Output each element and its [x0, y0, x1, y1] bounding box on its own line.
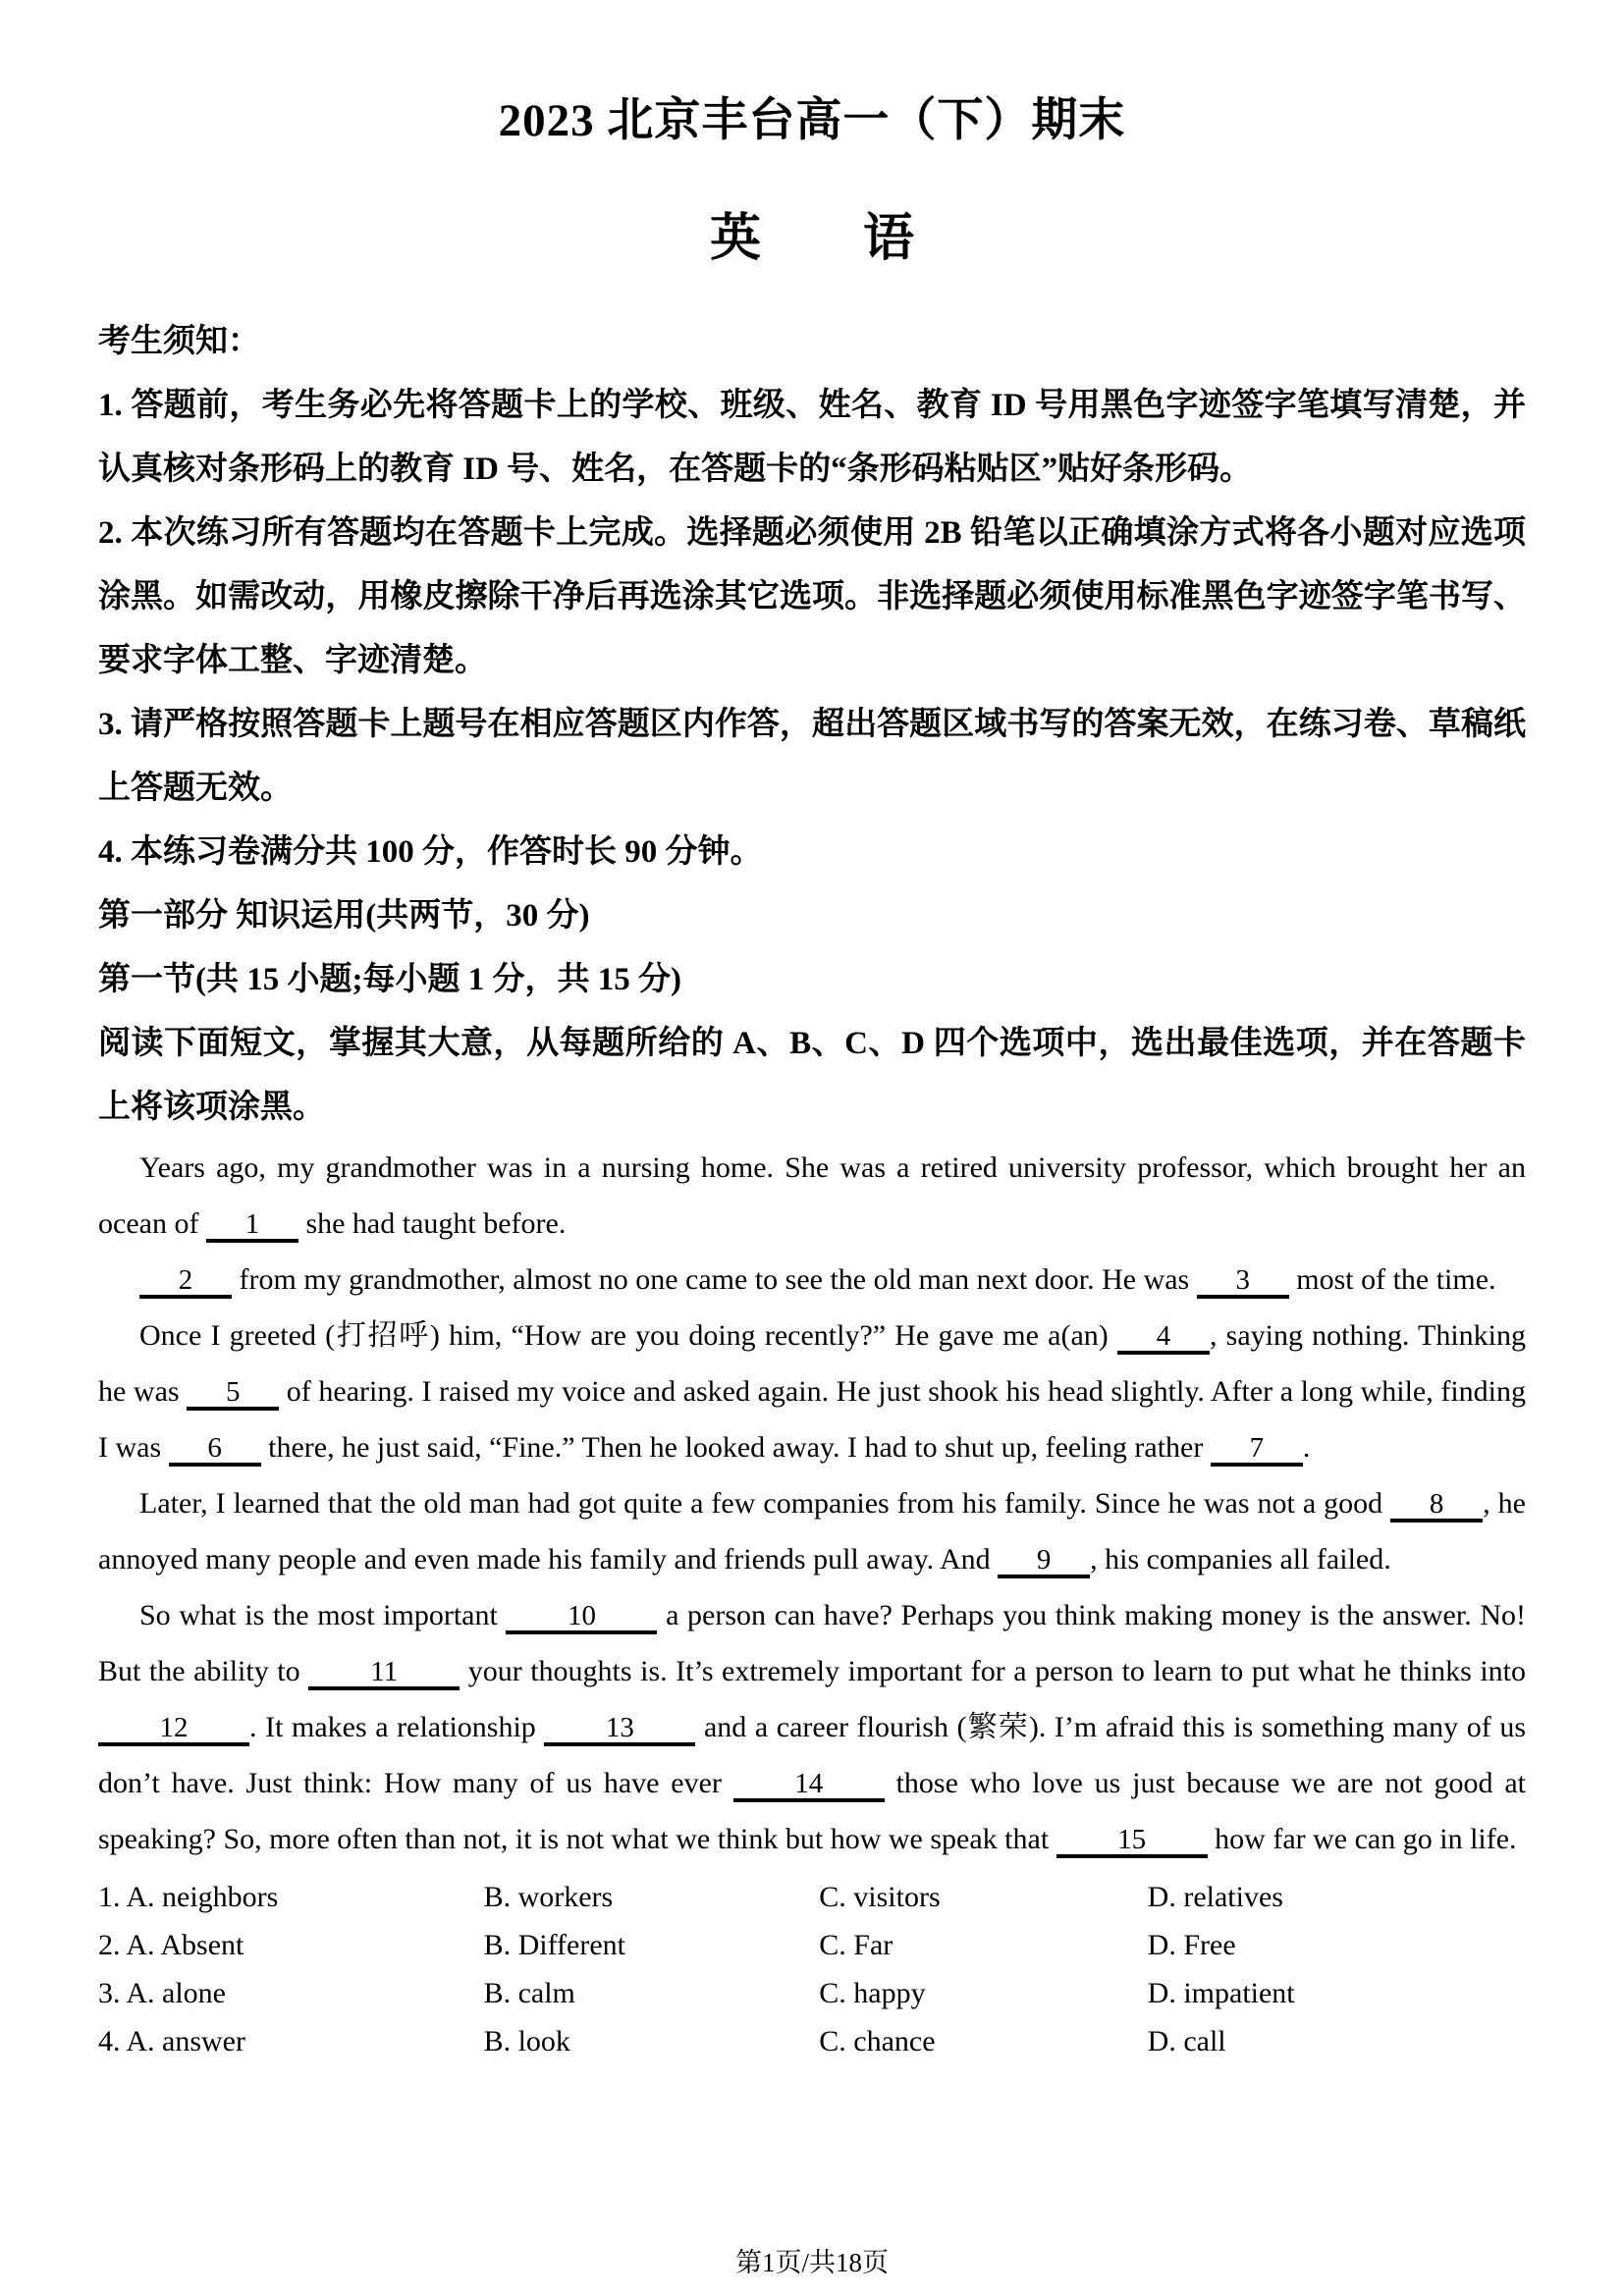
question-option-b: B. workers [484, 1873, 820, 1921]
cloze-blank-12: 12 [98, 1713, 249, 1746]
passage-paragraph: So what is the most important 10 a perso… [98, 1587, 1526, 1867]
question-option-d: D. relatives [1148, 1873, 1526, 1921]
passage-paragraph: Years ago, my grandmother was in a nursi… [98, 1140, 1526, 1252]
question-option-c: C. happy [819, 1969, 1147, 2017]
question-option-d: D. impatient [1148, 1969, 1526, 2017]
cloze-blank-10: 10 [506, 1601, 657, 1634]
cloze-blank-3: 3 [1197, 1265, 1289, 1299]
notice-list: 1. 答题前，考生务必先将答题卡上的学校、班级、姓名、教育 ID 号用黑色字迹签… [98, 374, 1526, 884]
subject-title: 英 语 [98, 210, 1526, 269]
cloze-blank-8: 8 [1390, 1489, 1483, 1522]
notice-item: 1. 答题前，考生务必先将答题卡上的学校、班级、姓名、教育 ID 号用黑色字迹签… [98, 374, 1526, 502]
passage-paragraph: Once I greeted (打招呼) him, “How are you d… [98, 1308, 1526, 1475]
cloze-directions: 阅读下面短文，掌握其大意，从每题所给的 A、B、C、D 四个选项中，选出最佳选项… [98, 1012, 1526, 1140]
question-option-b: B. calm [484, 1969, 820, 2017]
notice-item: 4. 本练习卷满分共 100 分，作答时长 90 分钟。 [98, 821, 1526, 884]
page-title: 2023 北京丰台高一（下）期末 [98, 90, 1526, 151]
question-row: 3. A. aloneB. calmC. happyD. impatient [98, 1969, 1526, 2017]
question-row: 2. A. AbsentB. DifferentC. FarD. Free [98, 1921, 1526, 1969]
cloze-blank-6: 6 [169, 1433, 261, 1467]
question-row: 4. A. answerB. lookC. chanceD. call [98, 2017, 1526, 2065]
question-option-b: B. look [484, 2017, 820, 2065]
cloze-blank-13: 13 [544, 1713, 695, 1746]
cloze-blank-15: 15 [1056, 1825, 1208, 1858]
cloze-blank-9: 9 [998, 1545, 1090, 1578]
cloze-blank-14: 14 [733, 1769, 885, 1802]
passage-paragraph: Later, I learned that the old man had go… [98, 1475, 1526, 1587]
question-option-a: 3. A. alone [98, 1969, 484, 2017]
questions-list: 1. A. neighborsB. workersC. visitorsD. r… [98, 1873, 1526, 2065]
passage-paragraph: 2 from my grandmother, almost no one cam… [98, 1252, 1526, 1308]
cloze-blank-11: 11 [308, 1657, 460, 1690]
question-option-b: B. Different [484, 1921, 820, 1969]
question-option-c: C. visitors [819, 1873, 1147, 1921]
question-option-a: 4. A. answer [98, 2017, 484, 2065]
notice-heading: 考生须知： [98, 310, 1526, 374]
question-option-a: 2. A. Absent [98, 1921, 484, 1969]
part1-heading: 第一部分 知识运用(共两节，30 分) [98, 884, 1526, 948]
question-row: 1. A. neighborsB. workersC. visitorsD. r… [98, 1873, 1526, 1921]
cloze-blank-5: 5 [187, 1377, 279, 1411]
cloze-blank-2: 2 [139, 1265, 232, 1299]
exam-paper-page: 2023 北京丰台高一（下）期末 英 语 考生须知： 1. 答题前，考生务必先将… [0, 0, 1624, 2296]
cloze-passage: Years ago, my grandmother was in a nursi… [98, 1140, 1526, 1867]
question-option-d: D. Free [1148, 1921, 1526, 1969]
question-option-a: 1. A. neighbors [98, 1873, 484, 1921]
cloze-blank-1: 1 [206, 1209, 298, 1243]
cloze-blank-7: 7 [1211, 1433, 1303, 1467]
question-option-d: D. call [1148, 2017, 1526, 2065]
question-option-c: C. Far [819, 1921, 1147, 1969]
cloze-blank-4: 4 [1117, 1321, 1210, 1355]
question-option-c: C. chance [819, 2017, 1147, 2065]
notice-item: 2. 本次练习所有答题均在答题卡上完成。选择题必须使用 2B 铅笔以正确填涂方式… [98, 502, 1526, 693]
notice-item: 3. 请严格按照答题卡上题号在相应答题区内作答，超出答题区域书写的答案无效，在练… [98, 693, 1526, 821]
section1-heading: 第一节(共 15 小题;每小题 1 分，共 15 分) [98, 948, 1526, 1012]
page-number: 第1页/共18页 [0, 2247, 1624, 2278]
